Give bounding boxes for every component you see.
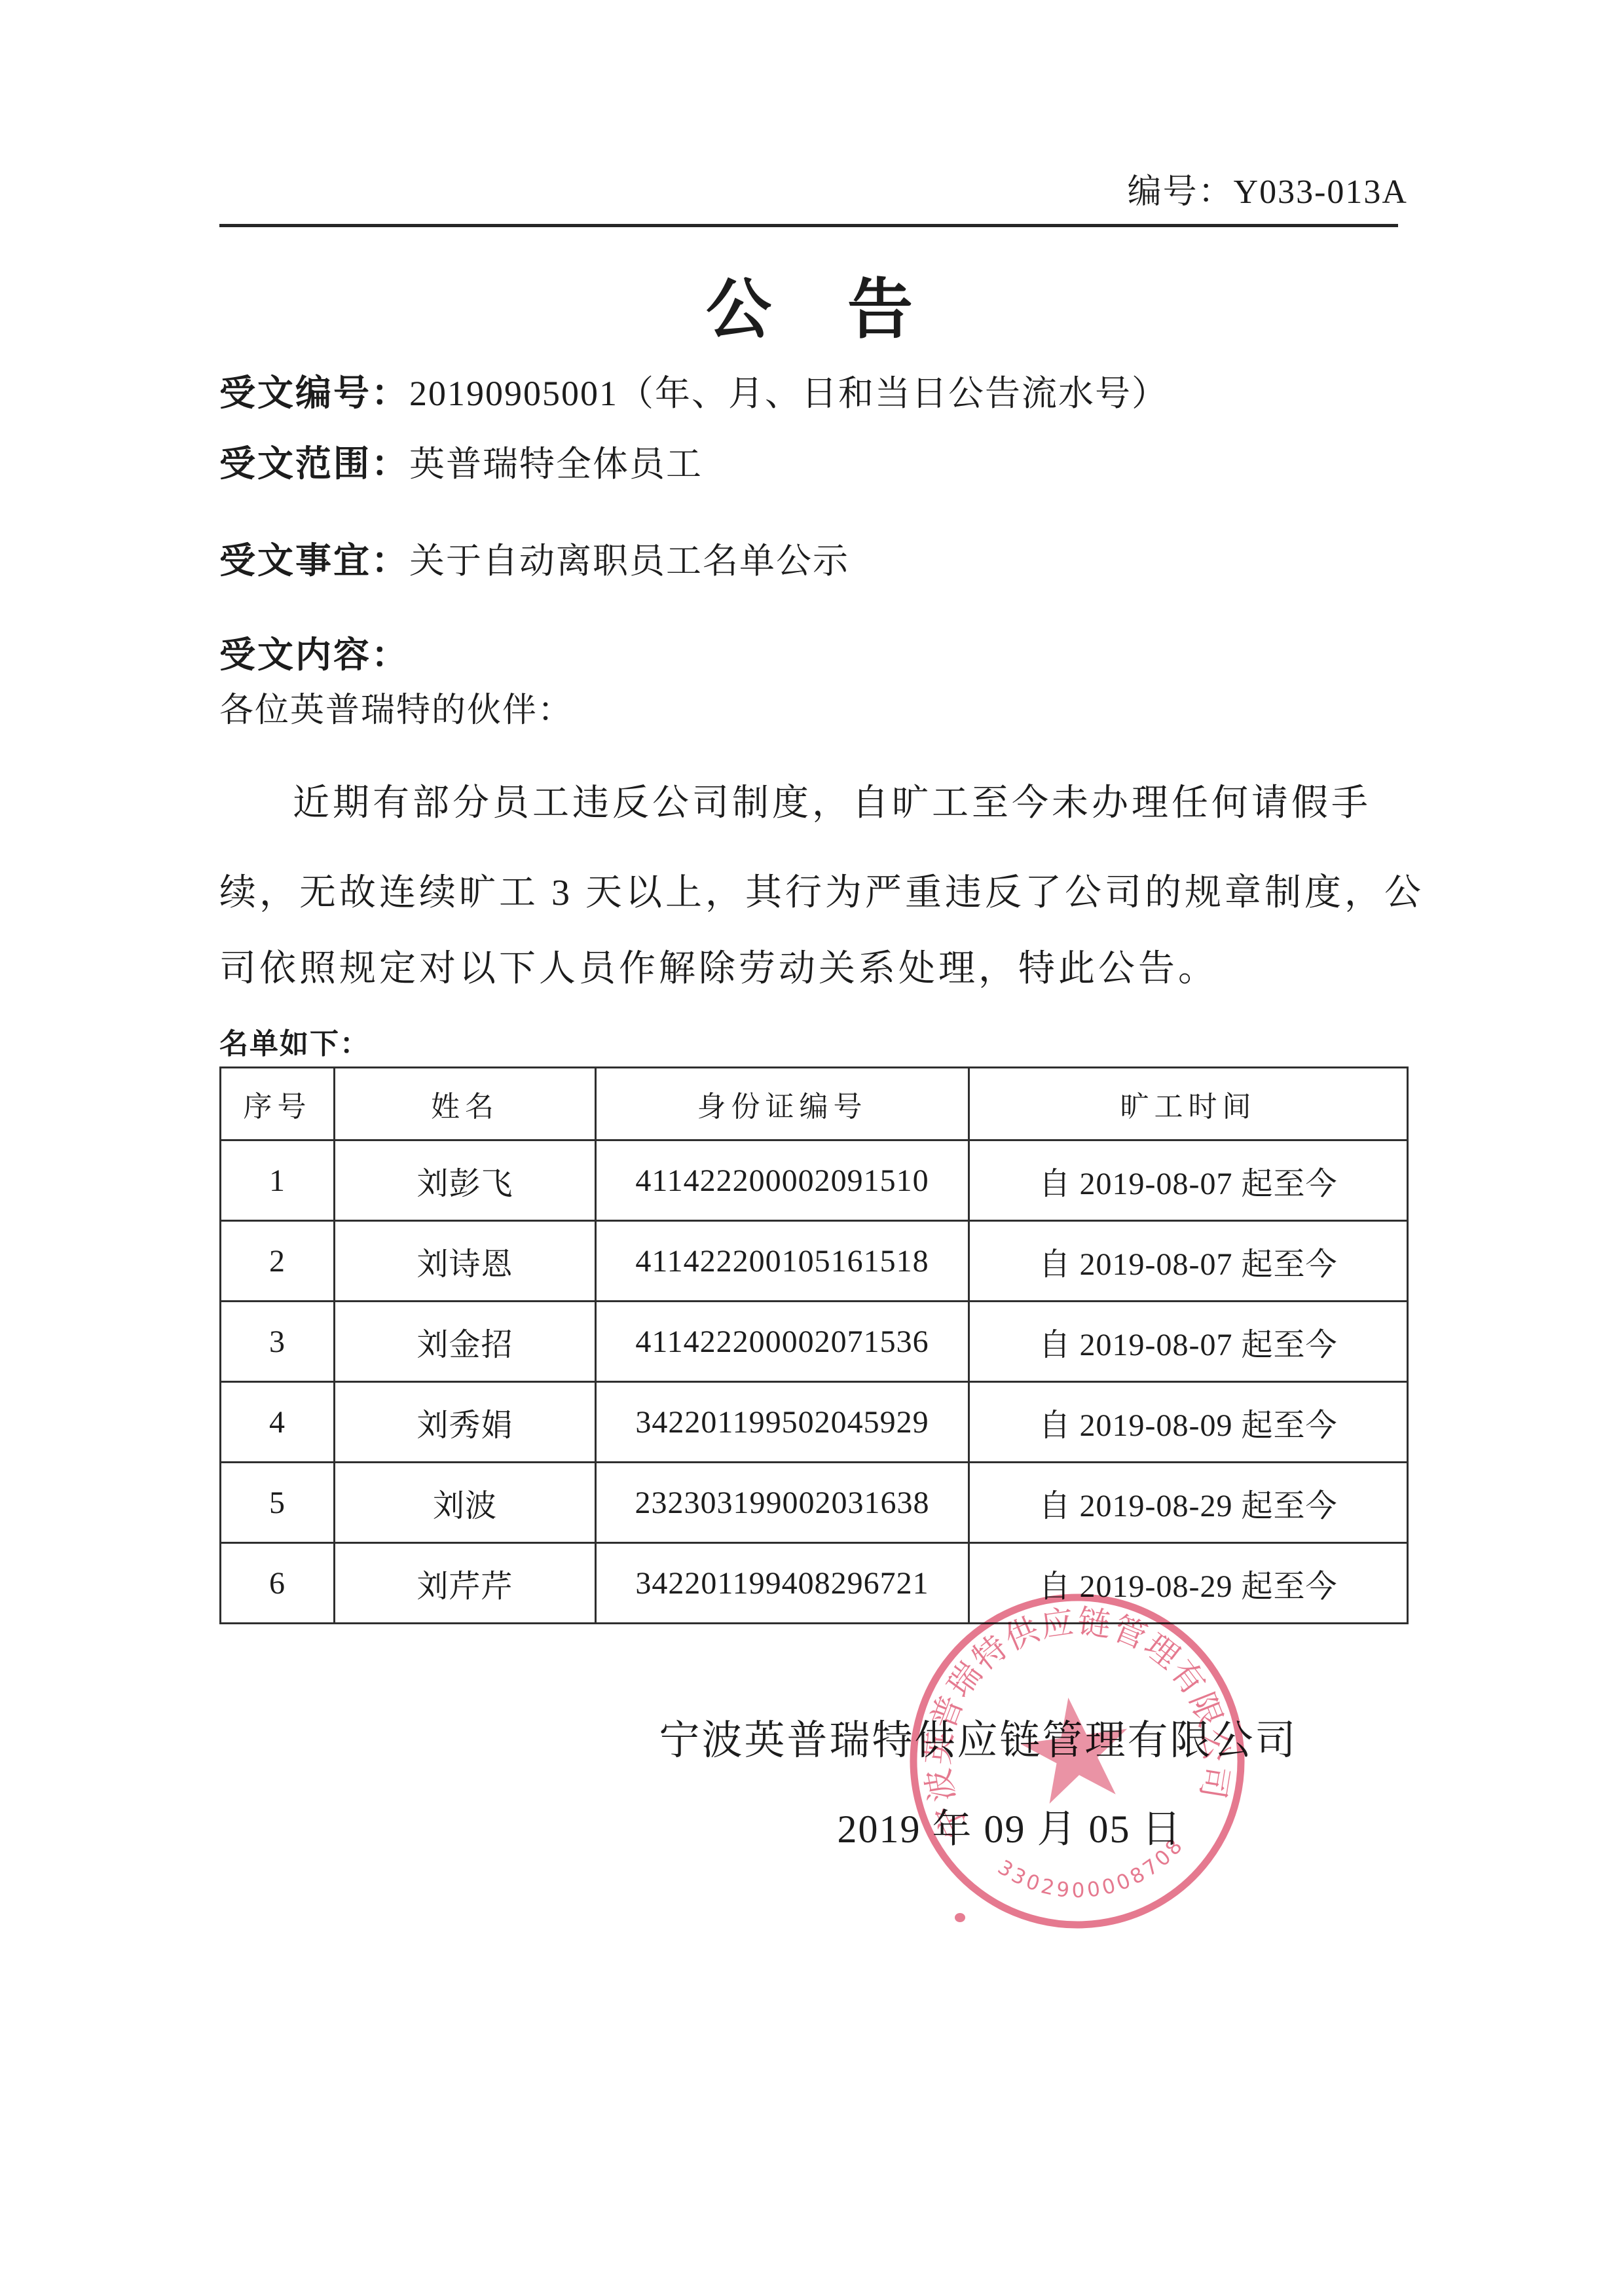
meta-field-content: 受文内容： [219,626,409,678]
column-header-index: 序号 [221,1068,335,1140]
paragraph-line: 司依照规定对以下人员作解除劳动关系处理，特此公告。 [219,939,1218,992]
list-intro: 名单如下： [219,1020,370,1062]
meta-label: 受文内容： [219,634,409,675]
cell-absence-period: 自 2019-08-07 起至今 [969,1221,1408,1302]
column-header-name: 姓名 [335,1068,596,1140]
table-row: 5 刘波 232303199002031638 自 2019-08-29 起至今 [221,1463,1408,1543]
table-row: 4 刘秀娟 342201199502045929 自 2019-08-09 起至… [221,1382,1408,1463]
cell-index: 5 [221,1463,335,1543]
meta-label: 受文编号： [219,373,409,413]
cell-name: 刘诗恩 [335,1221,596,1302]
cell-absence-period: 自 2019-08-09 起至今 [969,1382,1408,1463]
seal-ink-dot [955,1913,965,1922]
meta-field-subject: 受文事宜：关于自动离职员工名单公示 [219,532,849,583]
column-header-id-number: 身份证编号 [596,1068,969,1140]
meta-value: 关于自动离职员工名单公示 [409,541,849,581]
cell-absence-period: 自 2019-08-29 起至今 [969,1463,1408,1543]
seal-star-icon: ★ [1002,1660,1150,1840]
announcement-document: 编号：Y033-013A 公 告 受文编号：20190905001（年、月、日和… [0,0,1624,2296]
cell-id-number: 411422200105161518 [596,1221,969,1302]
paragraph-line: 续，无故连续旷工 3 天以上，其行为严重违反了公司的规章制度，公 [219,864,1424,916]
table-row: 3 刘金招 411422200002071536 自 2019-08-07 起至… [221,1302,1408,1382]
company-seal: 宁波英普瑞特供应链管理有限公司 ★ 3302900008708 [881,1565,1274,1958]
cell-index: 4 [221,1382,335,1463]
doc-number: 编号：Y033-013A [1128,164,1408,213]
table-header-row: 序号 姓名 身份证编号 旷工时间 [221,1068,1408,1140]
paragraph-line: 近期有部分员工违反公司制度，自旷工至今未办理任何请假手 [219,774,1371,826]
cell-absence-period: 自 2019-08-07 起至今 [969,1140,1408,1221]
meta-field-doc-serial: 受文编号：20190905001（年、月、日和当日公告流水号） [219,364,1168,416]
column-header-absence-period: 旷工时间 [969,1068,1408,1140]
cell-id-number: 411422200002091510 [596,1140,969,1221]
cell-index: 6 [221,1543,335,1624]
seal-graphic: 宁波英普瑞特供应链管理有限公司 ★ 3302900008708 [881,1565,1274,1958]
meta-label: 受文事宜： [219,540,409,581]
cell-absence-period: 自 2019-08-07 起至今 [969,1302,1408,1382]
cell-index: 2 [221,1221,335,1302]
roster-table: 序号 姓名 身份证编号 旷工时间 1 刘彭飞 41142220000209151… [219,1066,1409,1624]
cell-name: 刘秀娟 [335,1382,596,1463]
cell-index: 1 [221,1140,335,1221]
cell-name: 刘波 [335,1463,596,1543]
table-row: 1 刘彭飞 411422200002091510 自 2019-08-07 起至… [221,1140,1408,1221]
cell-id-number: 411422200002071536 [596,1302,969,1382]
meta-value: 20190905001（年、月、日和当日公告流水号） [409,374,1168,413]
cell-id-number: 342201199502045929 [596,1382,969,1463]
cell-id-number: 232303199002031638 [596,1463,969,1543]
cell-name: 刘芹芹 [335,1543,596,1624]
cell-index: 3 [221,1302,335,1382]
meta-label: 受文范围： [219,443,409,484]
table-body: 1 刘彭飞 411422200002091510 自 2019-08-07 起至… [221,1140,1408,1624]
cell-name: 刘金招 [335,1302,596,1382]
cell-name: 刘彭飞 [335,1140,596,1221]
table-row: 2 刘诗恩 411422200105161518 自 2019-08-07 起至… [221,1221,1408,1302]
salutation: 各位英普瑞特的伙伴： [219,682,573,731]
header-divider-line [219,224,1398,227]
meta-value: 英普瑞特全体员工 [409,445,703,484]
page-title: 公 告 [219,257,1405,351]
meta-field-scope: 受文范围：英普瑞特全体员工 [219,435,703,486]
